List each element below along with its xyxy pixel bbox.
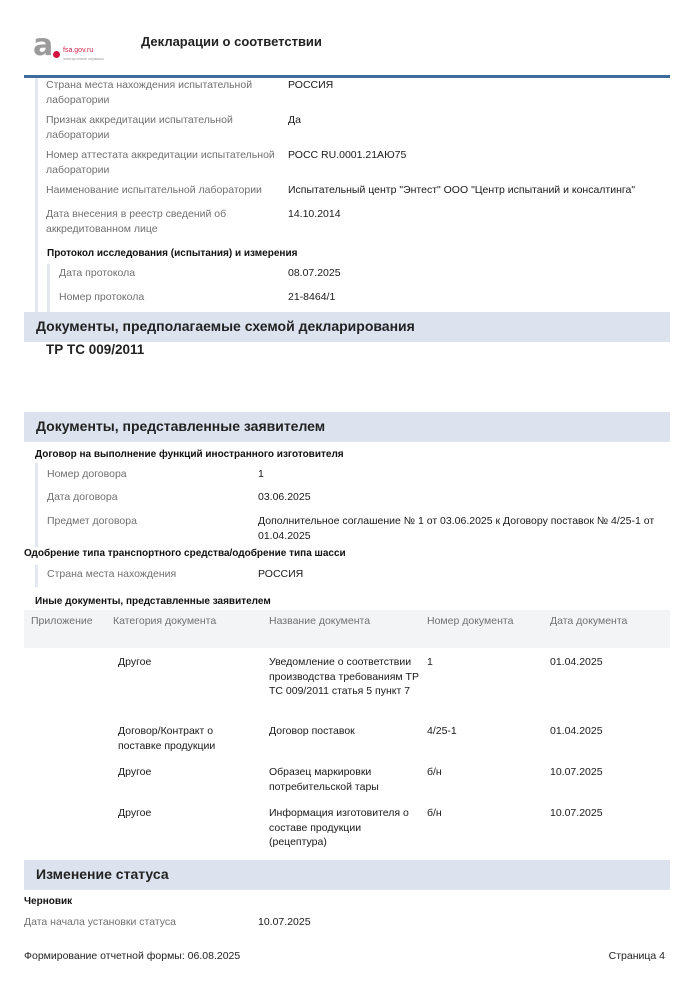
- scheme-docs-value: ТР ТС 009/2011: [46, 342, 144, 357]
- page-title: Декларации о соответствии: [141, 34, 322, 49]
- field-value: РОСС RU.0001.21АЮ75: [288, 148, 406, 163]
- column-header: Название документа: [269, 615, 370, 627]
- cell-date: 10.07.2025: [550, 806, 603, 821]
- field-value: 1: [258, 467, 264, 482]
- cell-number: 4/25-1: [427, 724, 457, 739]
- section-applicant-docs: Документы, представленные заявителем: [24, 412, 670, 442]
- logo-subtitle: электронные сервисы: [63, 56, 104, 61]
- cell-date: 01.04.2025: [550, 655, 603, 670]
- field-value: Испытательный центр "Энтест" ООО "Центр …: [288, 183, 635, 198]
- field-label: Номер договора: [47, 467, 277, 482]
- logo-dot-icon: [53, 51, 60, 58]
- field-value: РОССИЯ: [288, 78, 333, 93]
- cell-category: Другое: [118, 655, 258, 670]
- approval-title: Одобрение типа транспортного средства/од…: [24, 548, 346, 559]
- report-generated-date: Формирование отчетной формы: 06.08.2025: [24, 950, 240, 962]
- page-number: Страница 4: [609, 950, 665, 962]
- section-title: Документы, предполагаемые схемой деклари…: [36, 318, 415, 334]
- field-value: 08.07.2025: [288, 266, 341, 281]
- field-label: Дата договора: [47, 490, 277, 505]
- section-title: Изменение статуса: [36, 866, 169, 882]
- field-value: РОССИЯ: [258, 567, 303, 582]
- cell-number: 1: [427, 655, 433, 670]
- field-label: Признак аккредитации испытательной лабор…: [46, 113, 261, 143]
- field-label: Дата внесения в реестр сведений об аккре…: [46, 207, 261, 237]
- field-label: Страна места нахождения испытательной ла…: [46, 78, 271, 108]
- logo-a-icon: a: [33, 31, 53, 61]
- fsa-logo: a fsa.gov.ru электронные сервисы: [33, 33, 123, 65]
- section-scheme-docs: Документы, предполагаемые схемой деклари…: [24, 312, 670, 342]
- field-value: 03.06.2025: [258, 490, 311, 505]
- column-header: Приложение: [31, 615, 93, 627]
- field-label: Номер протокола: [59, 290, 289, 305]
- contract-title: Договор на выполнение функций иностранно…: [35, 449, 344, 460]
- protocol-title: Протокол исследования (испытания) и изме…: [47, 248, 297, 259]
- other-docs-table-header: Приложение Категория документа Название …: [24, 610, 670, 648]
- cell-name: Информация изготовителя о составе продук…: [269, 806, 419, 850]
- field-value: Дополнительное соглашение № 1 от 03.06.2…: [258, 514, 678, 544]
- section-title: Документы, представленные заявителем: [36, 418, 325, 434]
- cell-name: Уведомление о соответствии производства …: [269, 655, 419, 699]
- cell-name: Договор поставок: [269, 724, 419, 739]
- cell-number: б/н: [427, 765, 442, 780]
- other-docs-title: Иные документы, представленные заявителе…: [35, 596, 271, 607]
- field-label: Наименование испытательной лаборатории: [46, 183, 291, 198]
- field-value: 14.10.2014: [288, 207, 341, 222]
- cell-category: Договор/Контракт о поставке продукции: [118, 724, 238, 753]
- column-header: Категория документа: [113, 615, 216, 627]
- status-name: Черновик: [24, 896, 72, 907]
- field-label: Предмет договора: [47, 514, 277, 529]
- column-header: Дата документа: [550, 615, 627, 627]
- cell-number: б/н: [427, 806, 442, 821]
- field-value: 10.07.2025: [258, 915, 311, 930]
- field-label: Страна места нахождения: [47, 567, 277, 582]
- cell-name: Образец маркировки потребительской тары: [269, 765, 399, 794]
- cell-date: 01.04.2025: [550, 724, 603, 739]
- page-header: a fsa.gov.ru электронные сервисы Деклара…: [0, 0, 700, 76]
- field-value: 21-8464/1: [288, 290, 335, 305]
- field-label: Дата протокола: [59, 266, 289, 281]
- cell-date: 10.07.2025: [550, 765, 603, 780]
- cell-category: Другое: [118, 765, 258, 780]
- field-label: Дата начала установки статуса: [24, 915, 254, 930]
- cell-category: Другое: [118, 806, 258, 821]
- section-status-change: Изменение статуса: [24, 860, 670, 890]
- field-value: Да: [288, 113, 301, 128]
- logo-site: fsa.gov.ru: [63, 47, 93, 54]
- field-label: Номер аттестата аккредитации испытательн…: [46, 148, 291, 178]
- column-header: Номер документа: [427, 615, 513, 627]
